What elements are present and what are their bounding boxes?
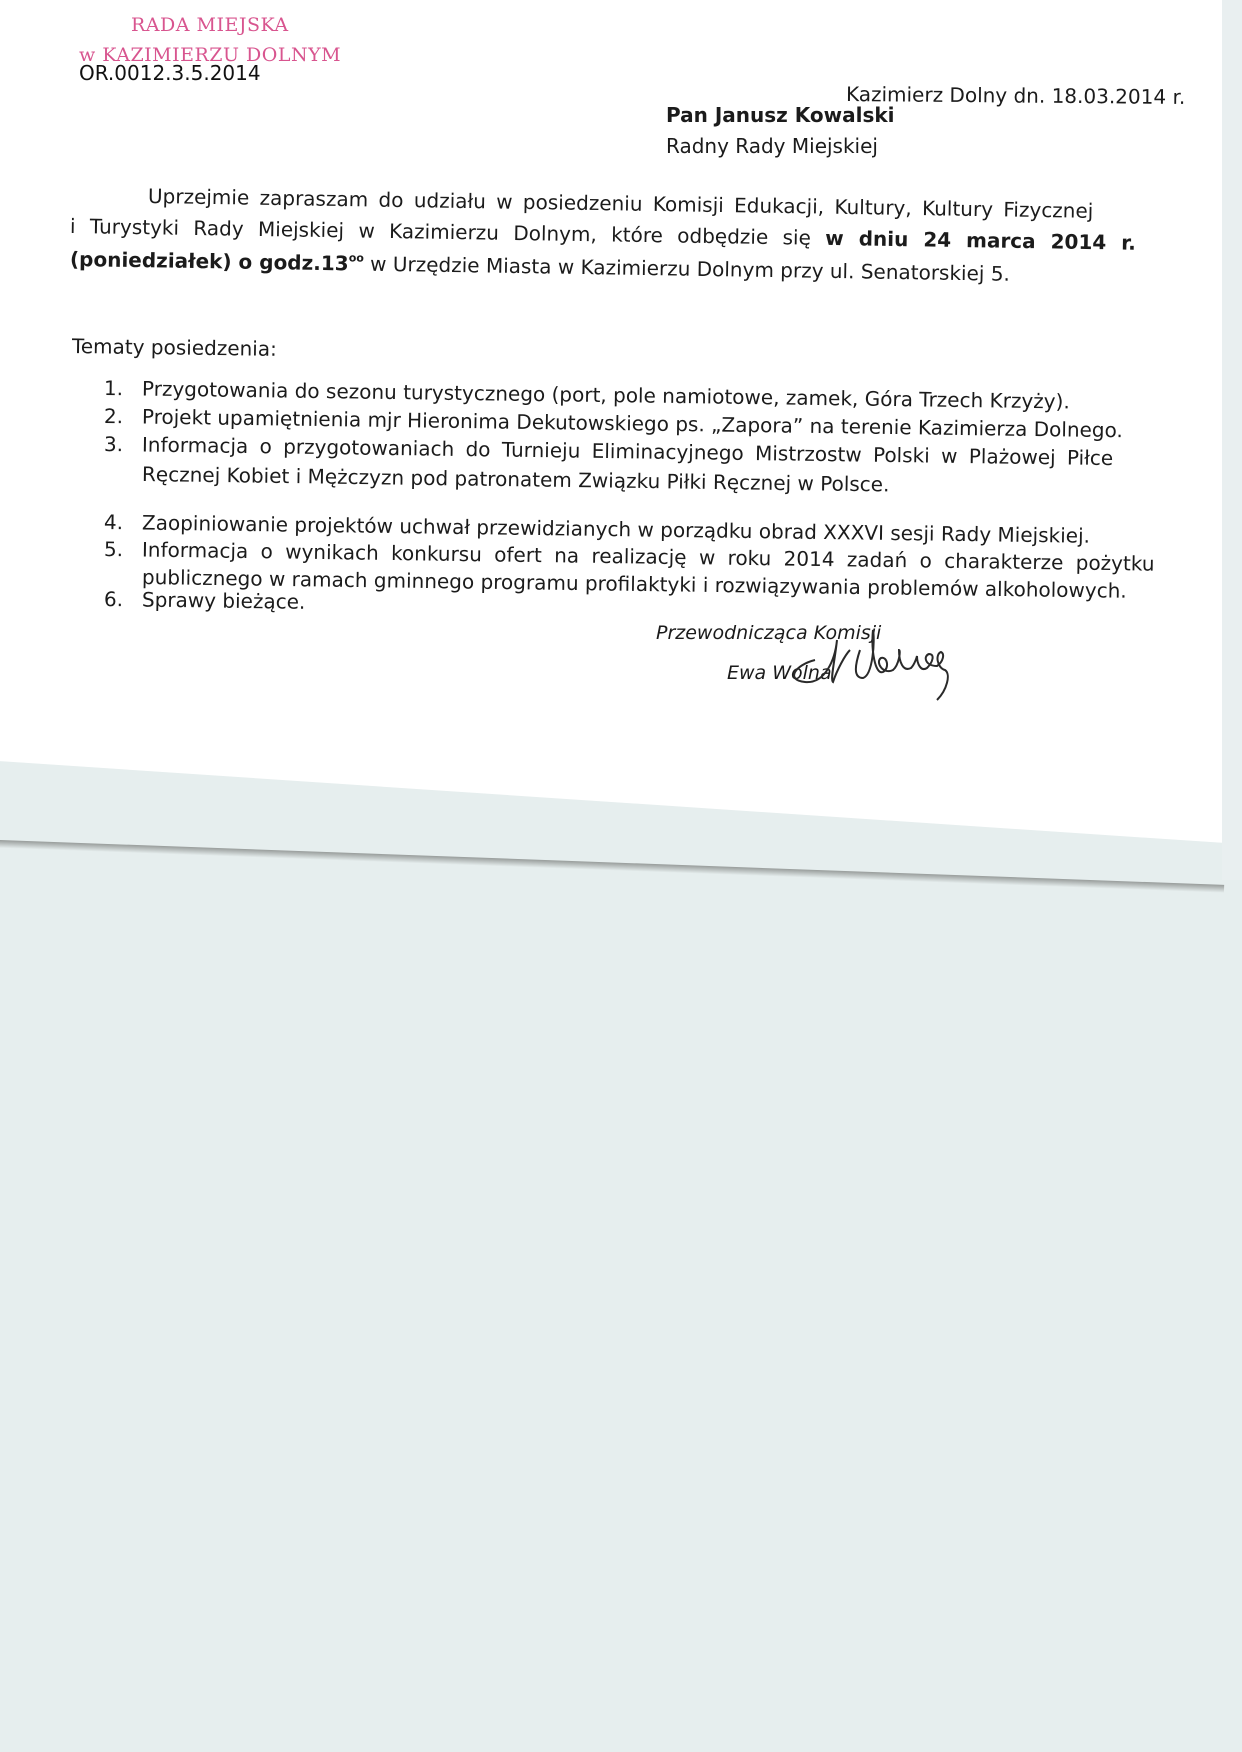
topic-number: 5. xyxy=(104,537,142,562)
recipient-name: Pan Janusz Kowalski xyxy=(666,103,895,127)
page-bottom-shadow xyxy=(0,840,1224,893)
meeting-date: w dniu 24 marca 2014 r. xyxy=(825,226,1136,255)
page-right-edge xyxy=(1222,0,1242,880)
topics-heading: Tematy posiedzenia: xyxy=(72,334,277,361)
meeting-day-time: (poniedziałek) o godz.13 xyxy=(70,247,349,275)
stamp-line-1: RADA MIEJSKA xyxy=(131,16,289,35)
topic-number: 6. xyxy=(104,587,142,612)
topic-number: 2. xyxy=(104,404,142,429)
topic-number: 1. xyxy=(104,376,142,401)
handwritten-signature xyxy=(775,620,965,710)
meeting-time-minutes: oo xyxy=(349,251,364,264)
recipient-role: Radny Rady Miejskiej xyxy=(666,134,878,158)
topic-text: Sprawy bieżące. xyxy=(142,588,306,614)
place-and-date: Kazimierz Dolny dn. 18.03.2014 r. xyxy=(846,82,1185,109)
reference-number: OR.0012.3.5.2014 xyxy=(79,61,261,85)
topic-number: 3. xyxy=(104,432,142,457)
topic-number: 4. xyxy=(104,510,142,535)
topic-item: 6.Sprawy bieżące. xyxy=(104,587,306,614)
